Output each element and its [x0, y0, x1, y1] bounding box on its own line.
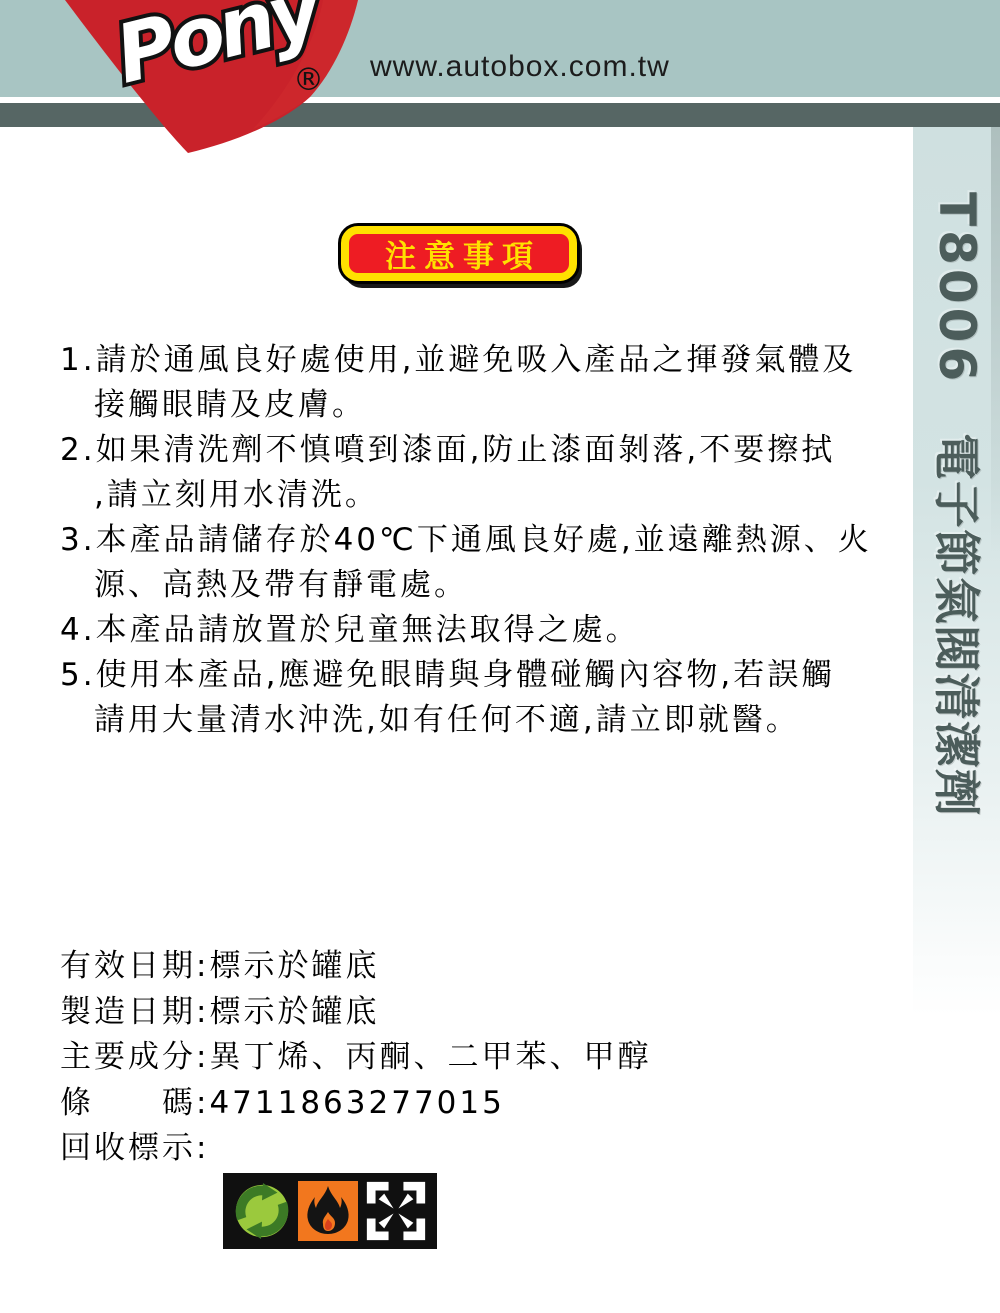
manufacture-date-line: 製造日期:標示於罐底	[60, 990, 905, 1036]
barcode-line: 條 碼:4711863277015	[60, 1081, 905, 1127]
recycle-icons-strip	[223, 1173, 437, 1249]
precaution-line: 請用大量清水沖洗,如有任何不適,請立即就醫。	[60, 698, 905, 743]
green-dot-recycle-icon	[233, 1182, 291, 1240]
ingredients-line: 主要成分:異丁烯、丙酮、二甲苯、甲醇	[60, 1035, 905, 1081]
precaution-line: ,請立刻用水清洗。	[60, 473, 905, 518]
flammable-icon	[298, 1181, 358, 1241]
precaution-line: 2.如果清洗劑不慎噴到漆面,防止漆面剝落,不要擦拭	[60, 428, 905, 473]
precaution-line: 5.使用本產品,應避免眼睛與身體碰觸內容物,若誤觸	[60, 653, 905, 698]
expiry-date-line: 有效日期:標示於罐底	[60, 944, 905, 990]
sidebar-product-text: T8006 電子節氣閥清潔劑	[913, 122, 1000, 822]
precaution-line: 1.請於通風良好處使用,並避免吸入產品之揮發氣體及	[60, 338, 905, 383]
precaution-line: 源、高熱及帶有靜電處。	[60, 563, 905, 608]
product-name: 電子節氣閥清潔劑	[928, 433, 983, 817]
taiwan-recycle-icon	[365, 1180, 427, 1242]
registered-trademark-icon: ®	[293, 62, 324, 98]
notice-title: 注意事項	[385, 231, 541, 276]
product-details: 有效日期:標示於罐底 製造日期:標示於罐底 主要成分:異丁烯、丙酮、二甲苯、甲醇…	[60, 944, 905, 1172]
label-page: Pony ® www.autobox.com.tw T8006 電子節氣閥清潔劑…	[0, 0, 1000, 1313]
product-code: T8006	[928, 192, 986, 385]
precaution-line: 接觸眼睛及皮膚。	[60, 383, 905, 428]
precaution-line: 4.本產品請放置於兒童無法取得之處。	[60, 608, 905, 653]
website-url: www.autobox.com.tw	[370, 50, 670, 84]
precautions-list: 1.請於通風良好處使用,並避免吸入產品之揮發氣體及 接觸眼睛及皮膚。 2.如果清…	[60, 338, 905, 743]
recycle-label-line: 回收標示:	[60, 1126, 905, 1172]
notice-title-badge: 注意事項	[341, 226, 577, 281]
precaution-line: 3.本產品請儲存於40℃下通風良好處,並遠離熱源、火	[60, 518, 905, 563]
